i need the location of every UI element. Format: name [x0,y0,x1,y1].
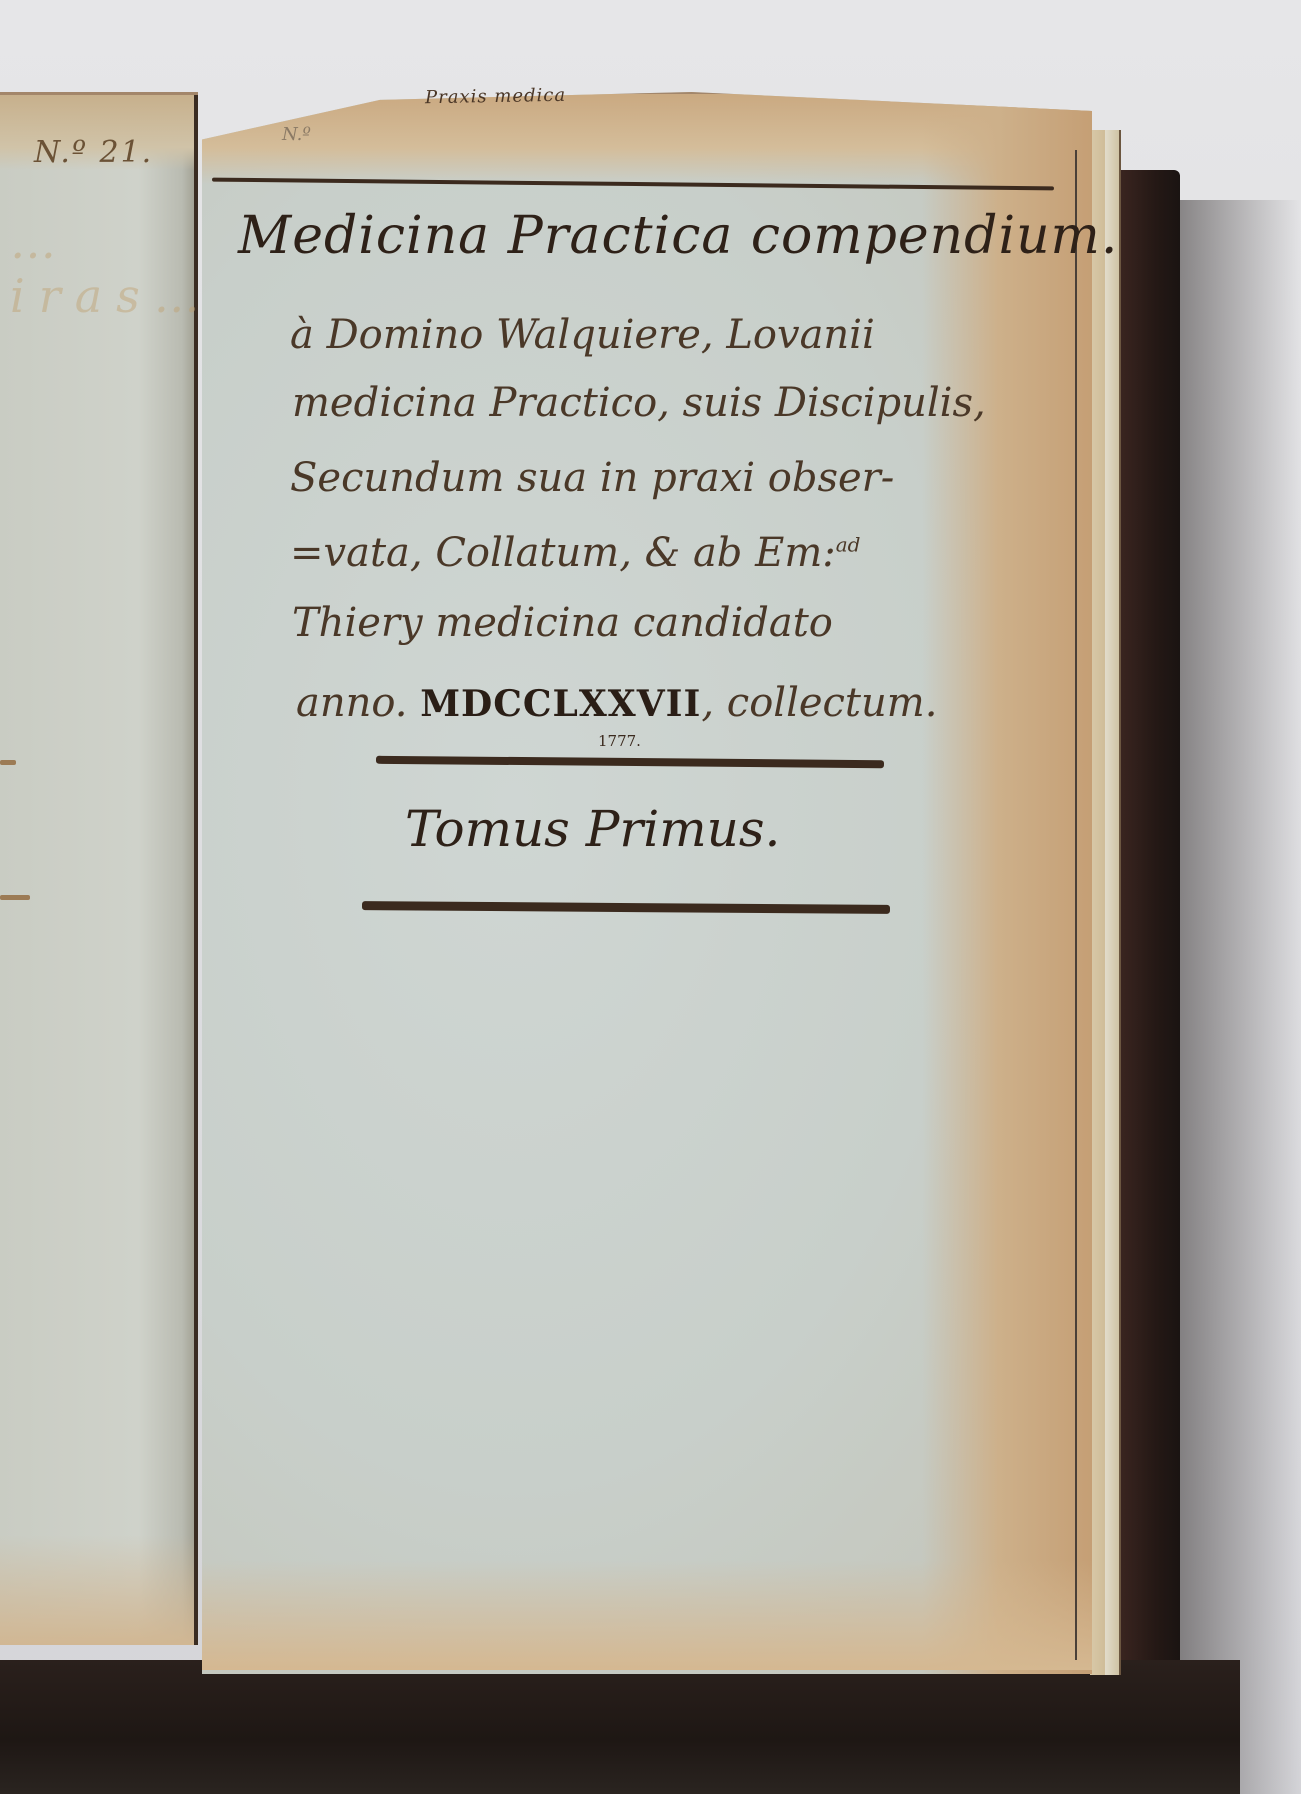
left-page-ink-mark [0,760,16,765]
corner-mark: N.º [282,124,311,145]
book-cover-bottom [0,1660,1240,1794]
left-page-stain-bottom [0,1535,198,1645]
text-line-2: medicina Practico, suis Discipulis, [292,380,986,426]
text-line-5: Thiery medicina candidato [292,600,833,646]
page-stack-edge-inner [1105,130,1120,1675]
book-cover-right-edge [1120,170,1180,1690]
manuscript-title: Medicina Practica compendium. [238,206,1118,266]
text-line-4-body: =vata, Collatum, & ab Em: [290,530,836,576]
right-page-stain-bottom [202,1560,1092,1670]
text-line-4: =vata, Collatum, & ab Em:ad [290,530,860,576]
book-shadow [1180,200,1301,1794]
left-page-number: N.º 21. [34,135,153,170]
roman-year: MDCCLXXVII [420,683,701,725]
left-page-ink-mark [0,895,30,900]
header-note: Praxis medica [425,85,566,108]
left-page: N.º 21. …iras… [0,92,198,1645]
volume-label: Tomus Primus. [405,800,780,858]
arabic-year: 1777. [598,732,641,750]
left-page-bleedthrough-text: …iras… [10,215,214,323]
anno-label: anno. [296,680,407,726]
text-line-6: anno. MDCCLXXVII, collectum. [296,680,937,726]
em-superscript: ad [836,533,861,557]
page-fold-line [1075,150,1077,1660]
photo-scene: N.º 21. …iras… Praxis medica N.º Medicin… [0,0,1301,1794]
book-gutter [194,95,198,1645]
text-line-1: à Domino Walquiere, Lovanii [290,312,875,358]
text-line-3: Secundum sua in praxi obser- [290,455,894,501]
collectum-text: , collectum. [701,680,937,726]
